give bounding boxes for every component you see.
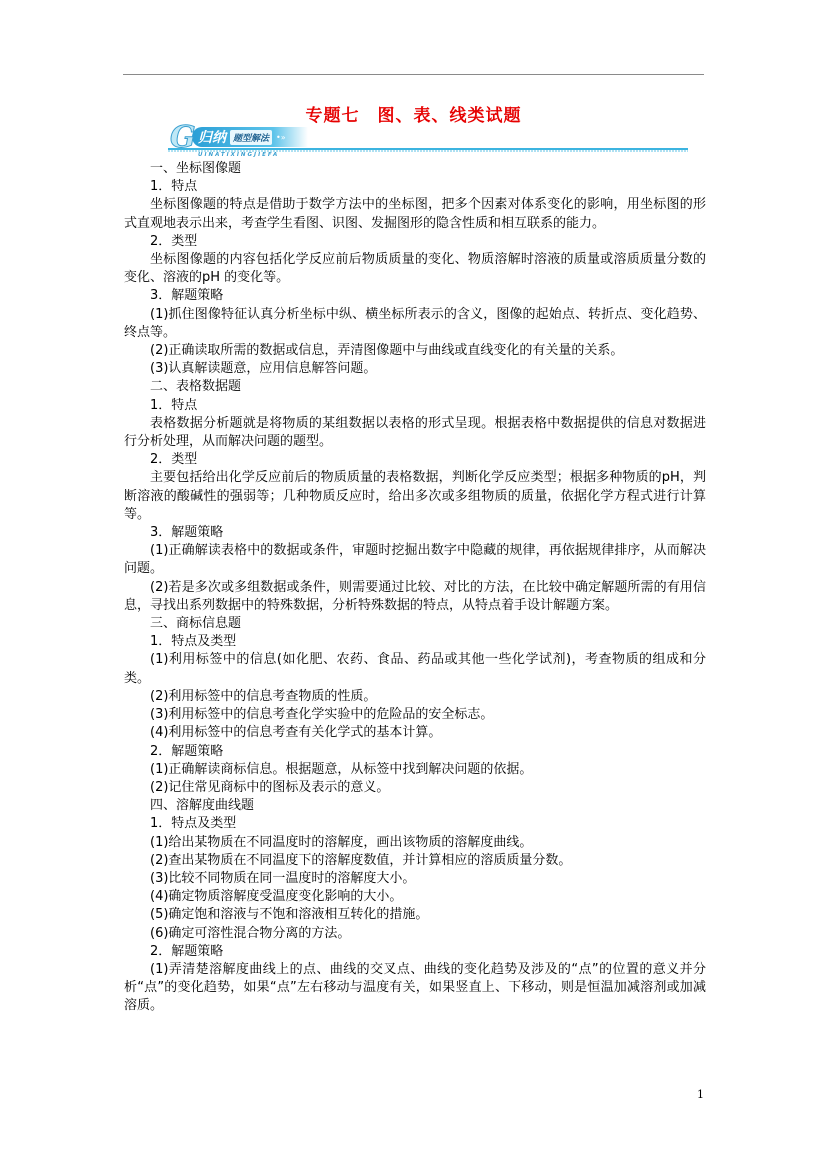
banner-arrows-icon: •» bbox=[276, 133, 286, 142]
paragraph: 3．解题策略 bbox=[124, 287, 706, 305]
paragraph: 2．类型 bbox=[124, 233, 706, 251]
paragraph: 四、溶解度曲线题 bbox=[124, 797, 706, 815]
paragraph: 1．特点 bbox=[124, 178, 706, 196]
paragraph: (6)确定可溶性混合物分离的方法。 bbox=[124, 925, 706, 943]
paragraph: (2)利用标签中的信息考查物质的性质。 bbox=[124, 688, 706, 706]
banner-pinyin: UINATIXINGJIEFA bbox=[198, 152, 279, 158]
paragraph: (4)利用标签中的信息考查有关化学式的基本计算。 bbox=[124, 724, 706, 742]
document-body: 一、坐标图像题1．特点坐标图像题的特点是借助于数学方法中的坐标图，把多个因素对体… bbox=[124, 160, 706, 1016]
paragraph: (3)认真解读题意，应用信息解答问题。 bbox=[124, 360, 706, 378]
paragraph: 3．解题策略 bbox=[124, 524, 706, 542]
paragraph: (1)利用标签中的信息(如化肥、农药、食品、药品或其他一些化学试剂)，考查物质的… bbox=[124, 651, 706, 687]
paragraph: 一、坐标图像题 bbox=[124, 160, 706, 178]
paragraph: (3)比较不同物质在同一温度时的溶解度大小。 bbox=[124, 870, 706, 888]
banner-tag: 归纳 题型解法 •» bbox=[192, 127, 308, 147]
paragraph: (1)抓住图像特征认真分析坐标中纵、横坐标所表示的含义，图像的起始点、转折点、变… bbox=[124, 306, 706, 342]
paragraph: (1)弄清楚溶解度曲线上的点、曲线的交叉点、曲线的变化趋势及涉及的“点”的位置的… bbox=[124, 961, 706, 1016]
banner-main-label: 归纳 bbox=[198, 127, 226, 147]
paragraph: 二、表格数据题 bbox=[124, 378, 706, 396]
paragraph: (2)若是多次或多组数据或条件，则需要通过比较、对比的方法，在比较中确定解题所需… bbox=[124, 579, 706, 615]
paragraph: (2)查出某物质在不同温度下的溶解度数值，并计算相应的溶质质量分数。 bbox=[124, 852, 706, 870]
banner-sub-label: 题型解法 bbox=[230, 130, 272, 145]
paragraph: (2)正确读取所需的数据或信息，弄清图像题中与曲线或直线变化的有关量的关系。 bbox=[124, 342, 706, 360]
paragraph: 主要包括给出化学反应前后的物质质量的表格数据，判断化学反应类型；根据多种物质的p… bbox=[124, 469, 706, 524]
paragraph: 表格数据分析题就是将物质的某组数据以表格的形式呈现。根据表格中数据提供的信息对数… bbox=[124, 415, 706, 451]
paragraph: (5)确定饱和溶液与不饱和溶液相互转化的措施。 bbox=[124, 906, 706, 924]
paragraph: (2)记住常见商标中的图标及表示的意义。 bbox=[124, 779, 706, 797]
page-number: 1 bbox=[697, 1088, 704, 1101]
paragraph: 1．特点及类型 bbox=[124, 633, 706, 651]
paragraph: 三、商标信息题 bbox=[124, 615, 706, 633]
paragraph: 坐标图像题的内容包括化学反应前后物质质量的变化、物质溶解时溶液的质量或溶质质量分… bbox=[124, 251, 706, 287]
section-banner: 归纳 题型解法 •» G UINATIXINGJIEFA bbox=[168, 122, 688, 158]
banner-g-logo-icon: G bbox=[170, 122, 196, 154]
paragraph: 坐标图像题的特点是借助于数学方法中的坐标图，把多个因素对体系变化的影响，用坐标图… bbox=[124, 196, 706, 232]
paragraph: 2．类型 bbox=[124, 451, 706, 469]
paragraph: 2．解题策略 bbox=[124, 943, 706, 961]
paragraph: 1．特点 bbox=[124, 397, 706, 415]
header-rule bbox=[123, 74, 704, 75]
paragraph: (4)确定物质溶解度受温度变化影响的大小。 bbox=[124, 888, 706, 906]
paragraph: (1)正确解读表格中的数据或条件，审题时挖掘出数字中隐藏的规律，再依据规律排序，… bbox=[124, 542, 706, 578]
paragraph: 2．解题策略 bbox=[124, 743, 706, 761]
paragraph: 1．特点及类型 bbox=[124, 815, 706, 833]
paragraph: (3)利用标签中的信息考查化学实验中的危险品的安全标志。 bbox=[124, 706, 706, 724]
paragraph: (1)给出某物质在不同温度时的溶解度，画出该物质的溶解度曲线。 bbox=[124, 834, 706, 852]
paragraph: (1)正确解读商标信息。根据题意，从标签中找到解决问题的依据。 bbox=[124, 761, 706, 779]
